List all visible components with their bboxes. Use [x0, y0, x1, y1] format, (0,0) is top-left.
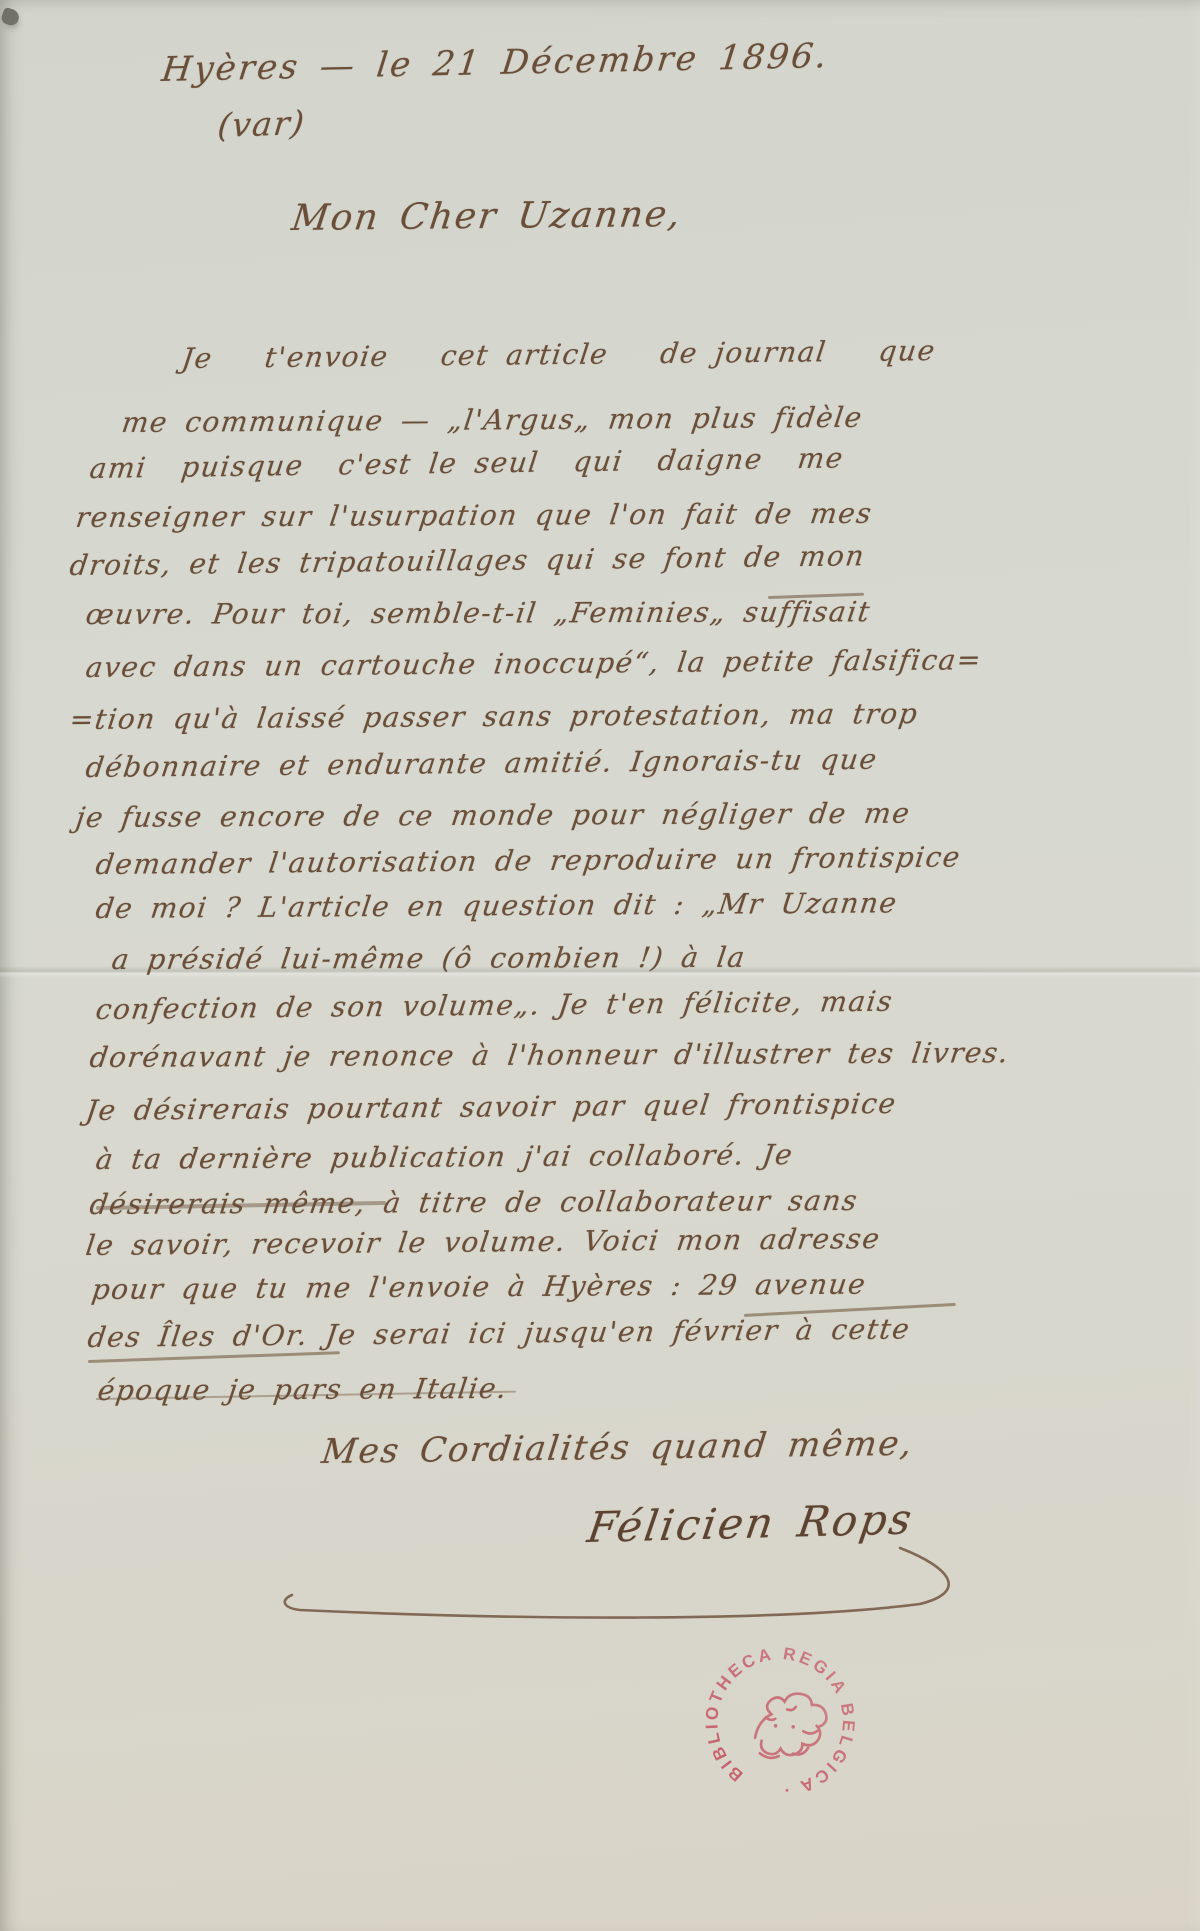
- paper-notch: [0, 7, 21, 27]
- letter-line: le savoir, recevoir le volume. Voici mon…: [84, 1222, 883, 1262]
- letter-line: demander l'autorisation de reproduire un…: [94, 840, 963, 881]
- letter-line: débonnaire et endurante amitié. Ignorais…: [84, 743, 880, 784]
- library-stamp: BIBLIOTHECA REGIA BELGICA ·: [680, 1622, 879, 1821]
- letter-line: confection de son volume„. Je t'en félic…: [94, 985, 895, 1026]
- letter-line: me communique — „l'Argus„ mon plus fidèl…: [120, 401, 865, 439]
- letter-line: =tion qu'à laissé passer sans protestati…: [68, 697, 921, 736]
- letter-line: dorénavant je renonce à l'honneur d'illu…: [88, 1036, 1012, 1074]
- signature: Félicien Rops: [584, 1494, 917, 1552]
- stamp-lion-icon: [749, 1689, 832, 1761]
- letter-line: époque je pars en Italie.: [96, 1372, 510, 1407]
- letter-line: Je désirerais pourtant savoir par quel f…: [84, 1087, 899, 1127]
- dateline: Hyères — le 21 Décembre 1896.: [160, 36, 831, 90]
- letter-line: Je t'envoie cet article de journal que: [180, 334, 938, 375]
- letter-line: à ta dernière publication j'ai collaboré…: [94, 1138, 796, 1176]
- valediction: Mes Cordialités quand même,: [319, 1424, 916, 1472]
- greeting: Mon Cher Uzanne,: [289, 194, 684, 239]
- letter-line: œuvre. Pour toi, semble-t-il „Feminies„ …: [84, 595, 873, 631]
- letter-line: a présidé lui-même (ô combien !) à la: [110, 941, 748, 976]
- letter-line: désirerais même, à titre de collaborateu…: [88, 1184, 860, 1221]
- letter-line: avec dans un cartouche inoccupé“, la pet…: [84, 643, 984, 684]
- letter-line: droits, et les tripatouillages qui se fo…: [68, 539, 867, 582]
- letter-line: de moi ? L'article en question dit : „Mr…: [94, 886, 900, 925]
- letter-line: je fusse encore de ce monde pour néglige…: [74, 797, 913, 834]
- letter-page: Hyères — le 21 Décembre 1896. (var) Mon …: [0, 0, 1200, 1931]
- letter-line: ami puisque c'est le seul qui daigne me: [88, 441, 846, 485]
- letter-line: renseigner sur l'usurpation que l'on fai…: [74, 497, 875, 534]
- region-line: (var): [216, 103, 307, 145]
- stamp-text: BIBLIOTHECA REGIA BELGICA ·: [689, 1631, 872, 1814]
- letter-line: des Îles d'Or. Je serai ici jusqu'en fév…: [86, 1312, 913, 1354]
- letter-line: pour que tu me l'envoie à Hyères : 29 av…: [90, 1268, 869, 1306]
